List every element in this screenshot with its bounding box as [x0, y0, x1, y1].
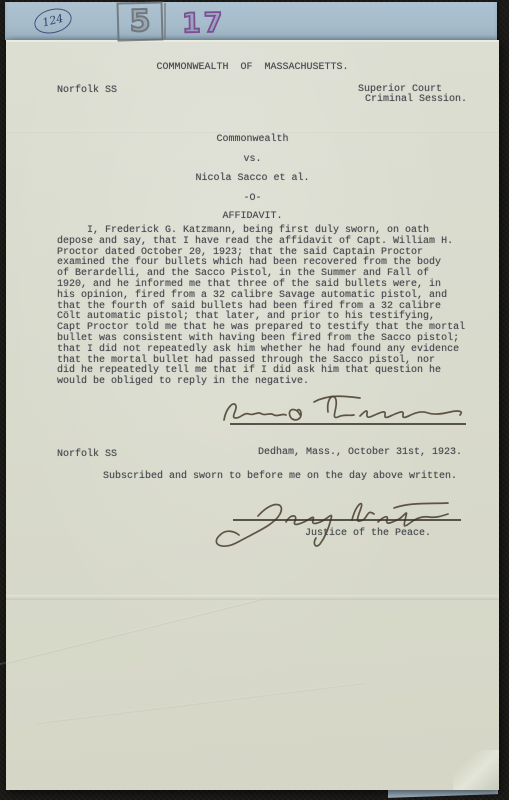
case-versus: vs. [6, 155, 499, 166]
crease-line [6, 130, 499, 133]
place-date-line: Dedham, Mass., October 31st, 1923. [258, 448, 462, 459]
blue-backing-strip [5, 2, 497, 40]
notary-signature-underline [233, 519, 461, 521]
body-line: would be obliged to reply in the negativ… [57, 377, 489, 388]
document-photo: 124 5 17 COMMONWEALTH OF MASSACHUSETTS. … [0, 0, 509, 800]
catalog-stamp-number: 5 [129, 6, 151, 37]
stamp-divider-line [164, 3, 166, 39]
folder-number-stamp: 17 [182, 10, 226, 38]
fold-crease [6, 595, 499, 600]
body-line: his opinion, fired from a 32 calibre Sav… [57, 291, 489, 302]
keith-signature [182, 494, 467, 554]
court-header: COMMONWEALTH OF MASSACHUSETTS. [6, 63, 499, 74]
crease-line [0, 598, 262, 668]
notary-title: Justice of the Peace. [305, 529, 431, 540]
corner-fold [453, 750, 499, 790]
case-separator: -O- [6, 194, 499, 205]
affidavit-title: AFFIDAVIT. [6, 212, 499, 223]
katzmann-signature [210, 390, 472, 432]
signature-underline [230, 423, 466, 425]
case-defendant: Nicola Sacco et al. [6, 174, 499, 185]
crease-line [37, 682, 365, 724]
body-line: that I did not repeatedly ask him whethe… [57, 345, 489, 356]
paper-sheet: COMMONWEALTH OF MASSACHUSETTS. Norfolk S… [6, 40, 499, 790]
court-session: Criminal Session. [365, 95, 467, 106]
jurat-line: Subscribed and sworn to before me on the… [103, 472, 457, 483]
body-line: depose and say, that I have read the aff… [57, 237, 489, 248]
case-plaintiff: Commonwealth [6, 135, 499, 146]
affidavit-body: I, Frederick G. Katzmann, being first du… [57, 226, 489, 388]
catalog-stamp-box: 5 [116, 1, 163, 41]
county-line-2: Norfolk SS [57, 450, 117, 461]
county-line: Norfolk SS [57, 86, 117, 97]
